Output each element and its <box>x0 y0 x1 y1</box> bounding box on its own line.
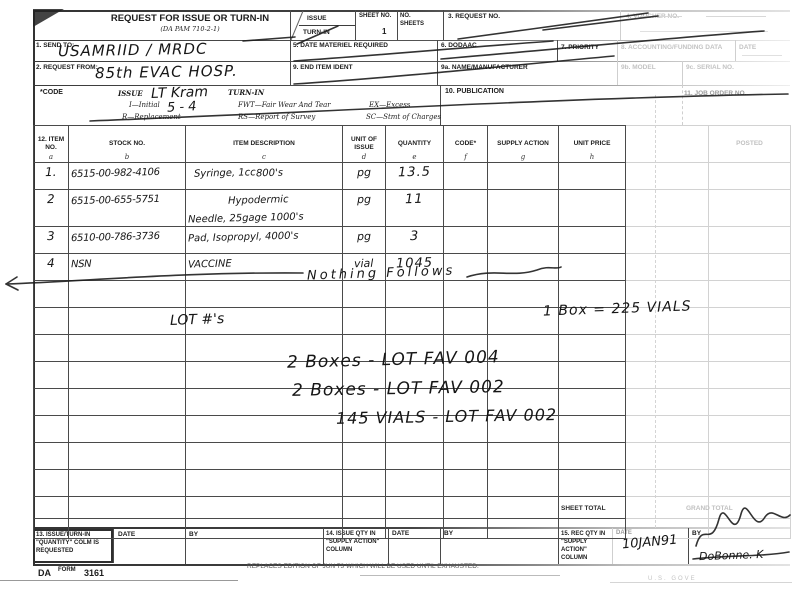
col-quantity: QUANTITYe <box>386 126 444 163</box>
cell-posted-2 <box>709 163 791 190</box>
cell-unit-of-issue <box>343 443 386 470</box>
cell-posted-1 <box>626 470 709 497</box>
cell-posted-2 <box>709 362 791 389</box>
publication-label: 10. PUBLICATION <box>445 88 504 95</box>
accounting-label: 8. ACCOUNTING/FUNDING DATA <box>621 44 731 51</box>
cell-posted-2 <box>709 335 791 362</box>
item-row <box>34 443 791 470</box>
cell-posted-1 <box>626 254 709 281</box>
form-subtitle: (DA PAM 710-2-1) <box>110 25 270 33</box>
cell-unit-of-issue <box>343 519 386 539</box>
cell-stock-no <box>69 443 186 470</box>
cell-quantity <box>386 281 444 308</box>
cell-code <box>444 190 488 227</box>
cell-quantity: 3 <box>386 227 444 254</box>
cell-posted-1 <box>626 362 709 389</box>
cell-posted-2 <box>709 519 791 539</box>
cell-description <box>186 443 343 470</box>
cell-stock-no <box>69 362 186 389</box>
leader-arrowhead <box>6 277 18 290</box>
cell-supply-action <box>488 227 559 254</box>
serial-label: 9c. SERIAL NO. <box>686 64 734 71</box>
cell-posted-1 <box>626 335 709 362</box>
cell-quantity: 13.5 <box>386 163 444 190</box>
cell-unit-of-issue <box>343 470 386 497</box>
cell-unit-price <box>559 470 626 497</box>
code-fwt: FWT—Fair Wear And Tear <box>238 101 331 109</box>
request-from-label: 2. REQUEST FROM: <box>36 64 98 71</box>
cell-code <box>444 163 488 190</box>
cell-description <box>186 281 343 308</box>
cell-posted-2 <box>709 443 791 470</box>
cell-posted-1 <box>626 443 709 470</box>
cell-stock-no: NSN <box>69 254 186 281</box>
cell-unit-of-issue <box>343 308 386 335</box>
cell-unit-price: SHEET TOTAL <box>559 497 626 519</box>
cell-supply-action <box>488 190 559 227</box>
cell-stock-no <box>69 519 186 539</box>
cell-posted-2 <box>709 281 791 308</box>
cell-stock-no <box>69 308 186 335</box>
cell-stock-no <box>69 335 186 362</box>
cell-unit-of-issue <box>343 281 386 308</box>
cell-unit-of-issue: pg <box>343 227 386 254</box>
cell-posted-2 <box>709 389 791 416</box>
cell-quantity <box>386 308 444 335</box>
cell-unit-price <box>559 335 626 362</box>
lot-numbers-note: LOT #'s <box>170 311 225 329</box>
cell-posted-1: GRAND TOTAL <box>626 497 709 519</box>
cell-unit-of-issue: pg <box>343 190 386 227</box>
cell-posted-1 <box>626 389 709 416</box>
cell-item-no <box>34 443 69 470</box>
cell-stock-no <box>69 281 186 308</box>
scanned-da-form-3161: { "header": { "title": "REQUEST FOR ISSU… <box>0 0 792 611</box>
cell-unit-price <box>559 227 626 254</box>
cell-item-no: 2 <box>34 190 69 227</box>
code-ex: EX—Excess <box>369 101 410 109</box>
footer-form-word: FORM <box>58 567 76 573</box>
cell-code <box>444 497 488 519</box>
cell-unit-price <box>559 389 626 416</box>
cell-description <box>186 497 343 519</box>
item-row: 1.6515-00-982-4106Syringe, 1cc800'spg13.… <box>34 163 791 190</box>
footer-form-number: 3161 <box>84 568 104 578</box>
cell-description <box>186 416 343 443</box>
cell-item-no <box>34 416 69 443</box>
cell-posted-2 <box>709 416 791 443</box>
cell-posted-2 <box>709 190 791 227</box>
code-sc: SC—Stmt of Charges <box>366 113 441 121</box>
turnin-checkbox-label: TURN-IN <box>303 29 330 36</box>
cell-supply-action <box>488 163 559 190</box>
signature-name: DoBonne. K <box>699 548 764 563</box>
cell-posted-1 <box>626 190 709 227</box>
cell-quantity <box>386 519 444 539</box>
col-stock-no: STOCK NO.b <box>69 126 186 163</box>
cell-unit-price <box>559 519 626 539</box>
code-label: *CODE <box>40 89 63 96</box>
vials-lot-fav-002-note: 145 VIALS - LOT FAV 002 <box>336 405 557 428</box>
request-no-label: 3. REQUEST NO. <box>448 13 500 20</box>
cell-description: Pad, Isopropyl, 4000's <box>186 227 343 254</box>
cell-posted-1 <box>626 227 709 254</box>
footer-replaces-text: REPLACES EDITION OF JUN 73 WHICH WILL BE… <box>247 563 479 570</box>
footer-da: DA <box>38 568 51 578</box>
cell-code <box>444 227 488 254</box>
cell-item-no <box>34 335 69 362</box>
items-table: 12. ITEM NO.a STOCK NO.b ITEM DESCRIPTIO… <box>33 125 791 539</box>
cell-posted-2 <box>709 308 791 335</box>
no-sheets-label: NO. SHEETS <box>400 13 436 29</box>
cell-item-no: 3 <box>34 227 69 254</box>
cell-unit-price <box>559 163 626 190</box>
priority-label: 7. PRIORITY <box>561 44 599 51</box>
cell-item-no: 4 <box>34 254 69 281</box>
cell-item-no <box>34 497 69 519</box>
cell-description <box>186 470 343 497</box>
sheet-total-label: SHEET TOTAL <box>561 505 606 512</box>
col-supply-action: SUPPLY ACTIONg <box>488 126 559 163</box>
cell-description: Syringe, 1cc800's <box>186 163 343 190</box>
cell-item-no <box>34 519 69 539</box>
cell-posted-1 <box>626 416 709 443</box>
col-posted-1 <box>626 126 709 163</box>
grand-total-label: GRAND TOTAL <box>628 505 733 512</box>
cell-stock-no <box>69 470 186 497</box>
end-item-label: 9. END ITEM IDENT <box>293 64 353 71</box>
model-label: 9b. MODEL <box>621 64 656 71</box>
dodaac-label: 6. DODAAC <box>441 42 477 49</box>
issue-checkbox-label: ISSUE <box>307 15 327 22</box>
cell-item-no <box>34 308 69 335</box>
item-row: 26515-00-655-5751HypodermicNeedle, 25gag… <box>34 190 791 227</box>
cell-supply-action <box>488 254 559 281</box>
cell-unit-of-issue: pg <box>343 163 386 190</box>
cell-description: HypodermicNeedle, 25gage 1000's <box>186 190 343 227</box>
cell-stock-no <box>69 389 186 416</box>
cell-posted-2 <box>709 254 791 281</box>
items-header-row: 12. ITEM NO.a STOCK NO.b ITEM DESCRIPTIO… <box>34 126 791 163</box>
cell-unit-price <box>559 362 626 389</box>
cell-code <box>444 281 488 308</box>
cell-stock-no: 6515-00-655-5751 <box>69 190 186 227</box>
name-mfr-label: 9a. NAME/MANUFACTURER <box>441 64 528 71</box>
cell-stock-no: 6515-00-982-4106 <box>69 163 186 190</box>
col-item-no: 12. ITEM NO.a <box>34 126 69 163</box>
cell-supply-action <box>488 443 559 470</box>
cell-stock-no <box>69 416 186 443</box>
cell-item-no <box>34 470 69 497</box>
cell-quantity <box>386 470 444 497</box>
rule-row2 <box>33 61 790 62</box>
cell-quantity <box>386 497 444 519</box>
cell-unit-price <box>559 443 626 470</box>
sheet-no-label: SHEET NO. <box>359 13 393 21</box>
cell-item-no: 1. <box>34 163 69 190</box>
cell-posted-2 <box>709 227 791 254</box>
cell-supply-action <box>488 519 559 539</box>
form-top-border <box>33 10 790 12</box>
cell-supply-action <box>488 497 559 519</box>
cell-stock-no: 6510-00-786-3736 <box>69 227 186 254</box>
col-code: CODE*f <box>444 126 488 163</box>
code-rs: RS—Report of Survey <box>238 113 315 121</box>
cell-unit-price <box>559 416 626 443</box>
sheet-total-row: SHEET TOTALGRAND TOTAL <box>34 497 791 519</box>
code-issue-heading: ISSUE <box>118 89 143 98</box>
cell-unit-price <box>559 190 626 227</box>
rule-row3 <box>33 85 790 86</box>
cell-posted-1 <box>626 163 709 190</box>
code-turnin-heading: TURN-IN <box>228 88 264 97</box>
cell-unit-of-issue <box>343 497 386 519</box>
lot-fav-002-note: 2 Boxes - LOT FAV 002 <box>292 377 505 401</box>
form-title: REQUEST FOR ISSUE OR TURN-IN <box>90 13 290 24</box>
send-to-value: USAMRIID / MRDC <box>58 40 208 61</box>
initial-hand-note: 5 - 4 <box>167 99 197 116</box>
cell-item-no <box>34 362 69 389</box>
sheet-no-value: 1 <box>382 27 386 36</box>
cell-code <box>444 519 488 539</box>
job-order-label: 11. JOB ORDER NO. <box>684 90 747 97</box>
col-posted-2: POSTED <box>709 126 791 163</box>
item-row: 36510-00-786-3736Pad, Isopropyl, 4000'sp… <box>34 227 791 254</box>
col-unit-price: UNIT PRICEh <box>559 126 626 163</box>
cell-quantity <box>386 443 444 470</box>
cell-description <box>186 519 343 539</box>
code-initial: I—Initial <box>129 101 160 109</box>
col-description: ITEM DESCRIPTIONc <box>186 126 343 163</box>
cell-code <box>444 443 488 470</box>
accounting-date-label: DATE <box>739 44 756 51</box>
request-from-value: 85th EVAC HOSP. <box>95 62 238 82</box>
item-row <box>34 470 791 497</box>
cell-item-no <box>34 281 69 308</box>
date-materiel-label: 5. DATE MATERIEL REQUIRED <box>293 42 388 49</box>
cell-supply-action <box>488 470 559 497</box>
cell-code <box>444 470 488 497</box>
cell-code <box>444 308 488 335</box>
cell-item-no <box>34 389 69 416</box>
cell-stock-no <box>69 497 186 519</box>
col-unit-of-issue: UNIT OF ISSUEd <box>343 126 386 163</box>
cell-posted-2 <box>709 470 791 497</box>
cell-quantity: 11 <box>386 190 444 227</box>
cell-unit-price <box>559 254 626 281</box>
